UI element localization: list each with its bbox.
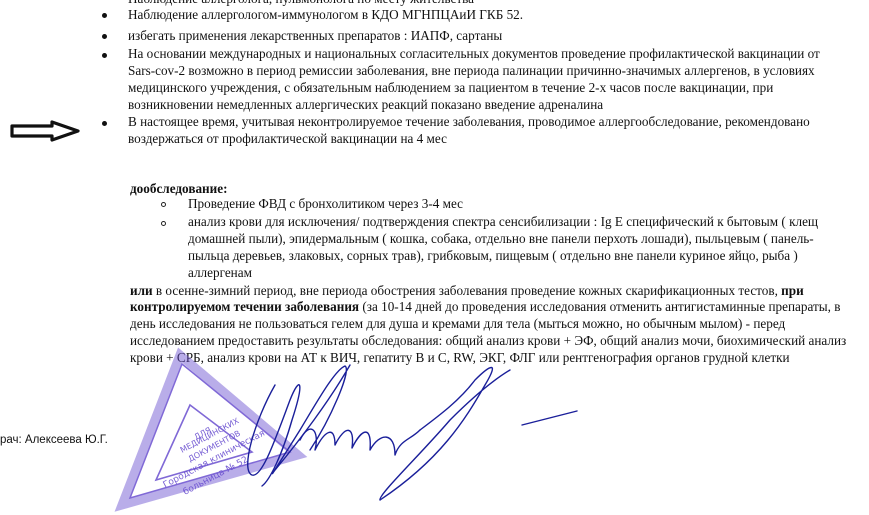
svg-text:больница № 52: больница № 52 [182,455,250,498]
recommendation-5-line-2: воздержаться от профилактической вакцина… [128,130,447,147]
doctor-name: рач: Алексеева Ю.Г. [0,434,108,446]
bullet-dot [102,34,107,39]
paragraph-line-5: крови + СРБ, анализ крови на АТ к ВИЧ, г… [130,349,790,366]
recommendation-4-line-2: Sars-cov-2 возможно в период ремиссии за… [128,62,815,79]
paragraph-line-4: исследованием предоставить результаты об… [130,332,846,349]
svg-text:ДОКУМЕНТОВ: ДОКУМЕНТОВ [187,429,242,464]
arrow-right-icon [10,120,82,142]
paragraph-line-1: или в осенне-зимний период, вне периода … [130,282,804,299]
recommendation-2: Наблюдение аллергологом-иммунологом в КД… [128,6,523,23]
svg-text:МЕДИЦИНСКИХ: МЕДИЦИНСКИХ [179,416,241,455]
recommendation-4-line-4: возникновении немедленных аллергических … [128,96,603,113]
circle-bullet-icon [161,221,166,226]
recommendation-4-line-1: На основании международных и национальны… [128,45,820,62]
followup-item-2-line-4: аллергенам [188,264,252,281]
svg-text:Городская клиническая: Городская клиническая [162,429,267,491]
paragraph-line-3: день исследования не пользоваться гелем … [130,315,785,332]
recommendation-4-line-3: медицинского учреждения, с обязательным … [128,79,773,96]
paragraph-line-2: контролируемом течении заболевания (за 1… [130,298,840,315]
svg-text:ДЛЯ: ДЛЯ [193,425,213,441]
bullet-dot [102,53,107,58]
bullet-dot [102,121,107,126]
followup-item-2-line-3: пыльца деревьев, злаковых, сорных трав),… [188,247,798,264]
followup-item-2-line-1: анализ крови для исключения/ подтвержден… [188,213,818,230]
bullet-dot [102,13,107,18]
circle-bullet-icon [161,202,166,207]
recommendation-3: избегать применения лекарственных препар… [128,27,502,44]
followup-item-1: Проведение ФВД с бронхолитиком через 3-4… [188,195,463,212]
recommendation-5-line-1: В настоящее время, учитывая неконтролиру… [128,113,810,130]
followup-item-2-line-2: домашней пыли), эпидермальным ( кошка, с… [188,230,814,247]
